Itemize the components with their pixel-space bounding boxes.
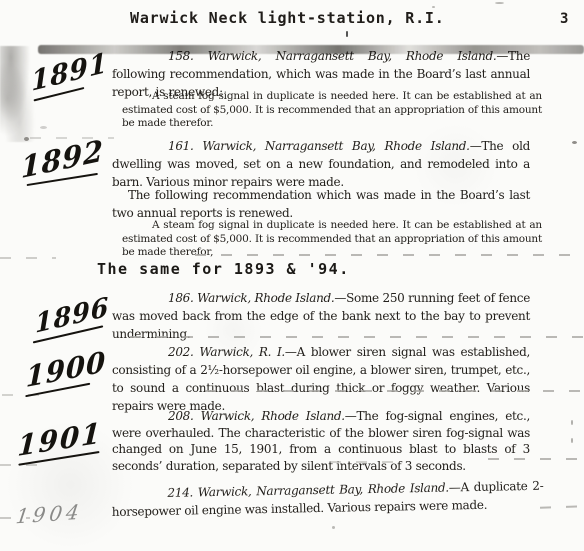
dash-artifact [488,458,584,460]
ink-speck [495,2,504,4]
handwritten-year-1891: 1891 [27,48,111,97]
ink-speck [571,438,573,443]
dash-artifact [0,257,56,259]
entry-place: Warwick, Rhode Island. [197,291,334,305]
header-title: Warwick Neck light-station, R.I. [130,9,445,27]
entry-place: Warwick, Narragansett Bay, Rhode Island. [202,139,469,153]
entry-place: Warwick, R. I. [199,345,285,359]
ink-speck [346,31,348,37]
entry-208-paragraph: 208. Warwick, Rhode Island.—The fog-sign… [112,408,530,474]
entry-number: 208. [168,409,194,423]
dash-artifact [205,390,584,392]
document-page: Warwick Neck light-station, R.I. 3 1891 … [0,0,584,551]
ink-speck [432,6,435,8]
entry-161-paragraph: 161. Warwick, Narragansett Bay, Rhode Is… [112,137,530,191]
year-text: 1904 [14,500,84,529]
entry-158-fine-print: A steam fog signal in duplicate is neede… [122,90,542,131]
ink-speck [572,141,577,144]
entry-place: Warwick, Rhode Island. [201,409,345,423]
entry-161-second-paragraph: The following recommendation which was m… [112,186,530,222]
year-text: 1901 [17,416,104,463]
typed-interlude-note: The same for 1893 & '94. [97,260,350,278]
entry-202-paragraph: 202. Warwick, R. I.—A blower siren signa… [112,343,530,415]
dash-artifact [330,461,396,463]
entry-186-paragraph: 186. Warwick, Rhode Island.—Some 250 run… [112,289,530,343]
entry-number: 161. [168,139,194,153]
scan-smudge-band [38,45,584,54]
dash-artifact [195,254,584,256]
ink-speck [571,420,573,425]
dash-artifact [130,336,584,338]
entry-number: 202. [168,345,194,359]
handwritten-year-1901: 1901 [15,416,105,462]
handwritten-year-1896: 1896 [32,293,113,339]
entry-214-paragraph: 214. Warwick, Narragansett Bay, Rhode Is… [111,477,544,521]
entry-place: Warwick, Narragansett Bay, Rhode Island. [198,481,449,500]
entry-number: 214. [167,485,193,499]
handwritten-year-1900: 1900 [23,345,110,393]
handwritten-year-1904: 1904 [15,500,83,529]
ink-speck [24,137,29,141]
ink-speck [332,526,335,529]
entry-number: 186. [168,291,194,305]
dash-artifact [540,505,584,508]
page-number: 3 [560,11,568,27]
ink-speck [40,126,47,129]
